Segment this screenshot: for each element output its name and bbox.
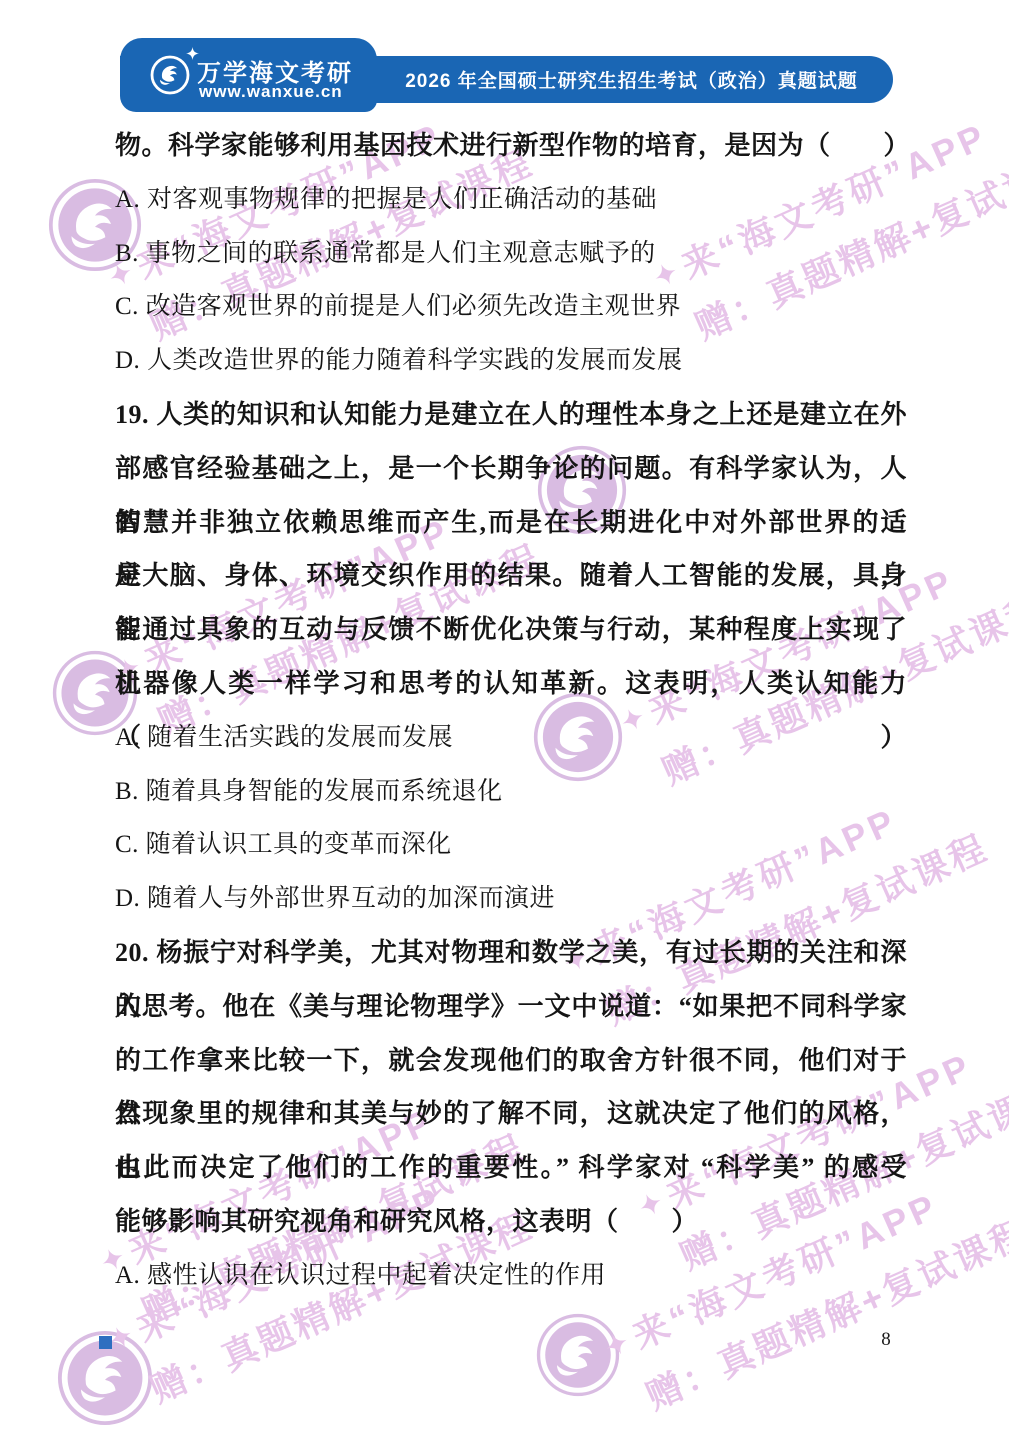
question-18-option-b: B. 事物之间的联系通常都是人们主观意志赋予的 (115, 227, 907, 281)
footer-blue-square (99, 1336, 112, 1349)
brand-logo-tab: 万学海文考研 www.wanxue.cn (120, 38, 377, 112)
watermark-logo-icon (536, 1313, 620, 1397)
exam-title: 2026 年全国硕士研究生招生考试（政治）真题试题 (405, 66, 858, 93)
exam-body: 物。科学家能够利用基因技术进行新型作物的培育，是因为（ ） A. 对客观事物规律… (115, 119, 907, 1303)
question-18-option-d: D. 人类改造世界的能力随着科学实践的发展而发展 (115, 334, 907, 388)
question-19-stem-line: 机器像人类一样学习和思考的认知革新。这表明，人类认知能力（ ） (115, 657, 907, 711)
question-18-stem-line: 物。科学家能够利用基因技术进行新型作物的培育，是因为（ ） (115, 119, 907, 173)
question-18-option-a: A. 对客观事物规律的把握是人们正确活动的基础 (115, 173, 907, 227)
question-20-stem-line: 能够影响其研究视角和研究风格，这表明（ ） (115, 1195, 907, 1249)
question-20-stem-line: 的工作拿来比较一下，就会发现他们的取舍方针很不同，他们对于自 (115, 1034, 907, 1088)
page-number: 8 (876, 1329, 896, 1351)
exam-page: 来“海文考研”APP 赠：真题精解+复试课程 来“海文考研”APP 赠：真题精解… (0, 0, 1009, 1438)
question-20-stem-line: 然现象里的规律和其美与妙的了解不同，这就决定了他们的风格，也 (115, 1087, 907, 1141)
question-20-stem-line: 20. 杨振宁对科学美，尤其对物理和数学之美，有过长期的关注和深入 (115, 926, 907, 980)
question-20-option-a: A. 感性认识在认识过程中起着决定性的作用 (115, 1249, 907, 1303)
question-19-stem-line: 是大脑、身体、环境交织作用的结果。随着人工智能的发展，具身智 (115, 549, 907, 603)
question-19-option-d: D. 随着人与外部世界互动的加深而演进 (115, 872, 907, 926)
question-20-stem-line: 的思考。他在《美与理论物理学》一文中说道：“如果把不同科学家 (115, 980, 907, 1034)
question-19-stem-line: 部感官经验基础之上，是一个长期争论的问题。有科学家认为，人的 (115, 442, 907, 496)
brand-url: www.wanxue.cn (199, 82, 343, 102)
brand-logo-icon (150, 55, 190, 95)
question-19-option-b: B. 随着具身智能的发展而系统退化 (115, 765, 907, 819)
sparkle-icon (602, 1329, 631, 1358)
question-18-option-c: C. 改造客观世界的前提是人们必须先改造主观世界 (115, 280, 907, 334)
question-19-stem-line: 智慧并非独立依赖思维而产生,而是在长期进化中对外部世界的适应， (115, 496, 907, 550)
question-19-stem-line: 能通过具象的互动与反馈不断优化决策与行动，某种程度上实现了让 (115, 603, 907, 657)
question-20-stem-line: 由此而决定了他们的工作的重要性。” 科学家对 “科学美” 的感受 (115, 1141, 907, 1195)
question-19-option-c: C. 随着认识工具的变革而深化 (115, 818, 907, 872)
question-19-stem-line: 19. 人类的知识和认知能力是建立在人的理性本身之上还是建立在外 (115, 388, 907, 442)
